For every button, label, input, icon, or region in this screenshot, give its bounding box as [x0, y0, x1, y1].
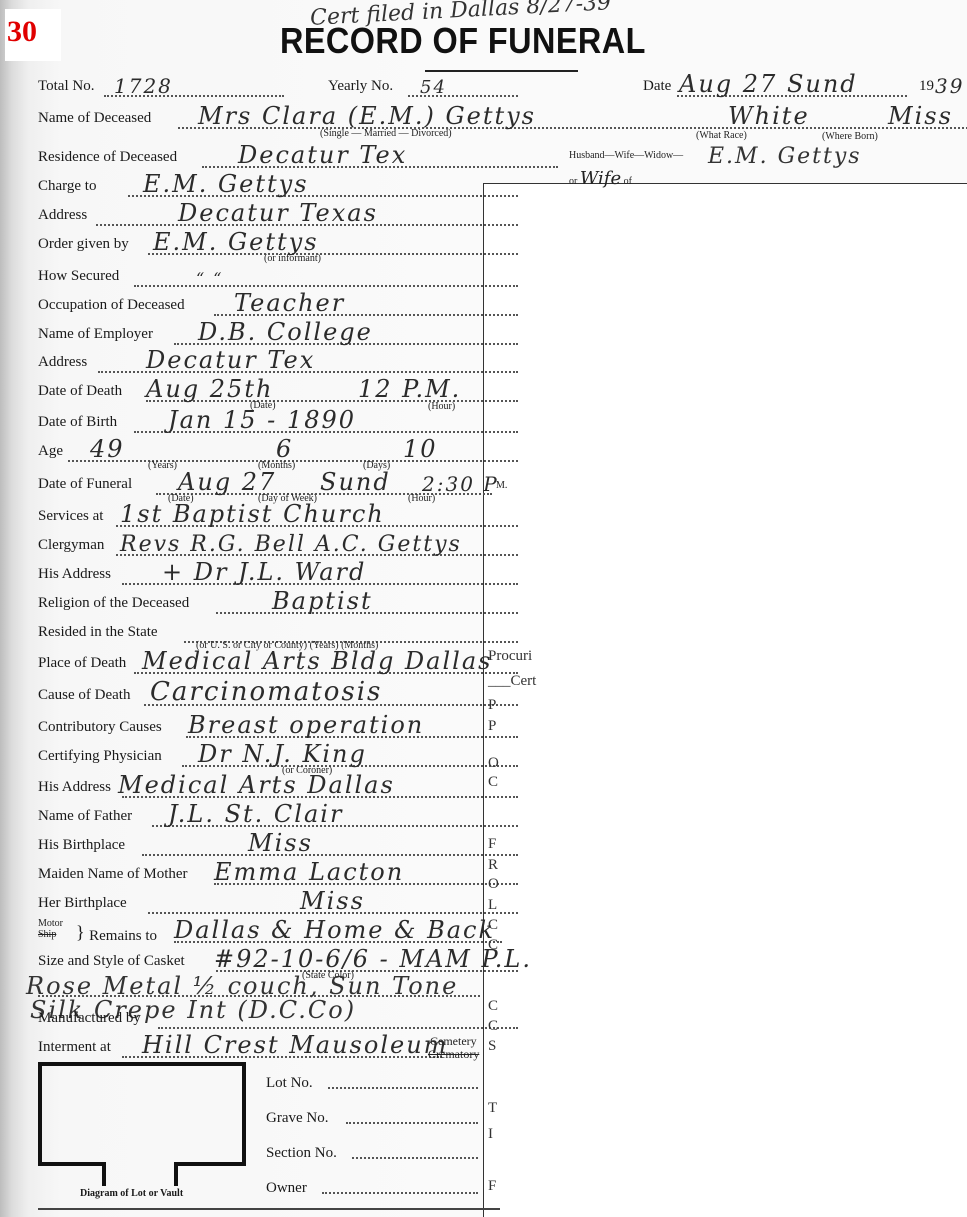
field-age: Age 49 6 10: [38, 443, 63, 465]
field-remains-to: } Remains to Dallas & Home & Back: [76, 924, 157, 946]
field-cause-of-death: Cause of Death Carcinomatosis: [38, 687, 130, 709]
field-order-given-by: Order given by E.M. Gettys: [38, 236, 129, 258]
race-value: White: [728, 102, 810, 130]
field-mother-birthplace: Her Birthplace Miss: [38, 895, 127, 917]
field-grave-no: Grave No.: [266, 1110, 328, 1127]
spouse-value: E.M. Gettys: [708, 144, 862, 169]
field-clergyman: Clergyman Revs R.G. Bell A.C. Gettys: [38, 537, 104, 559]
field-date: Date Aug 27 Sund 19 39: [643, 78, 671, 100]
field-resided-in-state: Resided in the State: [38, 624, 158, 646]
deceased-name-value: Mrs Clara (E.M.) Gettys: [198, 102, 536, 130]
where-born-value: Miss: [888, 102, 953, 130]
bottom-rule: [38, 1208, 500, 1210]
field-manufactured-by: Manufactured by: [38, 1010, 141, 1032]
remains-mode: Motor Ship: [38, 918, 63, 940]
field-employer-address: Address Decatur Tex: [38, 354, 87, 376]
right-blank-panel: [483, 183, 967, 1217]
field-father-name: Name of Father J.L. St. Clair: [38, 808, 132, 830]
field-address: Address Decatur Texas: [38, 207, 87, 229]
title-underline: [425, 70, 578, 72]
field-employer: Name of Employer D.B. College: [38, 326, 153, 348]
field-name-of-deceased: Name of Deceased Mrs Clara (E.M.) Gettys…: [38, 110, 151, 132]
field-date-of-funeral: Date of Funeral Aug 27 Sund 2:30 P M.: [38, 476, 132, 498]
field-place-of-death: Place of Death Medical Arts Bldg Dallas: [38, 655, 126, 677]
field-how-secured: How Secured “ “: [38, 268, 119, 290]
lot-diagram: [38, 1062, 246, 1166]
field-physician-address: His Address Medical Arts Dallas: [38, 779, 111, 801]
field-mother-maiden-name: Maiden Name of Mother Emma Lacton: [38, 866, 188, 888]
field-owner: Owner: [266, 1180, 307, 1197]
strip-cert: ___Cert: [488, 673, 536, 690]
field-contributory-causes: Contributory Causes Breast operation: [38, 719, 162, 741]
field-occupation: Occupation of Deceased Teacher: [38, 297, 185, 319]
total-no-value: 1728: [114, 74, 173, 98]
field-date-of-birth: Date of Birth Jan 15 - 1890: [38, 414, 117, 436]
diagram-caption: Diagram of Lot or Vault: [80, 1188, 183, 1199]
page-number-badge: 30: [5, 9, 61, 61]
field-father-birthplace: His Birthplace Miss: [38, 837, 125, 859]
field-religion: Religion of the Deceased Baptist: [38, 595, 189, 617]
field-certifying-physician: Certifying Physician Dr N.J. King: [38, 748, 162, 770]
residence-value: Decatur Tex: [238, 141, 407, 169]
field-residence: Residence of Deceased Decatur Tex: [38, 149, 177, 171]
field-interment: Interment at Hill Crest Mausoleum: [38, 1039, 111, 1061]
strip-procuring: Procuri: [488, 648, 532, 665]
field-charge-to: Charge to E.M. Gettys: [38, 178, 96, 200]
page-title: RECORD OF FUNERAL: [280, 20, 646, 62]
field-lot-no: Lot No.: [266, 1075, 313, 1092]
field-date-of-death: Date of Death Aug 25th 12 P.M.: [38, 383, 122, 405]
date-value: Aug 27 Sund: [679, 70, 858, 98]
field-total-no: Total No. 1728: [38, 78, 94, 100]
yearly-no-value: 54: [420, 77, 447, 98]
field-section-no: Section No.: [266, 1145, 337, 1162]
field-services-at: Services at 1st Baptist Church: [38, 508, 103, 530]
field-yearly-no: Yearly No. 54: [328, 78, 393, 100]
field-clergy-address: His Address + Dr J.L. Ward: [38, 566, 111, 588]
